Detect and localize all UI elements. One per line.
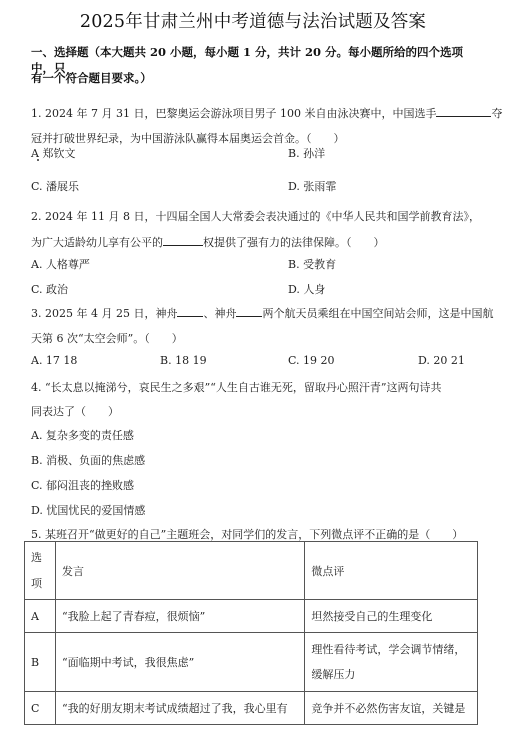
question-1-option-b[interactable]: B. 孙洋 [288, 145, 325, 161]
table-cell-speech: “我脸上起了青春痘，很烦恼” [55, 600, 304, 633]
question-4-option-b[interactable]: B. 消极、负面的焦虑感 [31, 452, 145, 468]
question-1-option-d[interactable]: D. 张雨霏 [288, 178, 336, 194]
stray-dot [37, 159, 39, 161]
table-header-comment: 微点评 [305, 542, 478, 600]
table-row: B “面临期中考试，我很焦虑” 理性看待考试，学会调节情绪， 缓解压力 [25, 633, 478, 692]
question-1-text: 1. 2024 年 7 月 31 日，巴黎奥运会游泳项目男子 100 米自由泳决… [31, 107, 436, 120]
question-3-text-tail: 两个航天员乘组在中国空间站会师，这是中国航 [262, 307, 493, 320]
question-3-line2: 天第 6 次“太空会师”。（ ） [31, 330, 183, 346]
page-title: 2025年甘肃兰州中考道德与法治试题及答案 [0, 8, 506, 33]
header-option-text: 选项 [31, 545, 43, 597]
answer-blank [177, 306, 203, 317]
table-row: A “我脸上起了青春痘，很烦恼” 坦然接受自己的生理变化 [25, 600, 478, 633]
table-cell-comment: 竞争并不必然伤害友谊，关键是 [305, 692, 478, 725]
question-2-option-b[interactable]: B. 受教育 [288, 256, 336, 272]
table-cell-speech: “面临期中考试，我很焦虑” [55, 633, 304, 692]
question-2-line2: 为广大适龄幼儿享有公平的权提供了强有力的法律保障。（ ） [31, 234, 385, 250]
question-2-text-tail: 权提供了强有力的法律保障。（ ） [203, 236, 385, 249]
question-4-option-d[interactable]: D. 忧国忧民的爱国情感 [31, 502, 145, 518]
question-3-option-b[interactable]: B. 18 19 [160, 354, 207, 367]
question-5-line1: 5. 某班召开“做更好的自己”主题班会，对同学们的发言，下列微点评不正确的是（ … [31, 526, 463, 542]
answer-blank [163, 235, 203, 246]
question-2-line1: 2. 2024 年 11 月 8 日，十四届全国人大常委会表决通过的《中华人民共… [31, 208, 480, 224]
question-3-option-a[interactable]: A. 17 18 [31, 354, 77, 367]
table-cell-comment: 坦然接受自己的生理变化 [305, 600, 478, 633]
table-header-option: 选项 [25, 542, 56, 600]
table-row: C “我的好朋友期末考试成绩超过了我，我心里有 竞争并不必然伤害友谊，关键是 [25, 692, 478, 725]
question-5-table: 选项 发言 微点评 A “我脸上起了青春痘，很烦恼” 坦然接受自己的生理变化 B… [24, 541, 478, 725]
comment-line2: 缓解压力 [311, 662, 477, 687]
question-4-option-c[interactable]: C. 郁闷沮丧的挫败感 [31, 477, 134, 493]
question-1-line2: 冠并打破世界纪录，为中国游泳队赢得本届奥运会首金。（ ） [31, 130, 345, 146]
question-4-option-a[interactable]: A. 复杂多变的责任感 [31, 427, 134, 443]
comment-line1: 理性看待考试，学会调节情绪， [311, 637, 477, 662]
question-2-option-a[interactable]: A. 人格尊严 [31, 256, 90, 272]
answer-blank [236, 306, 262, 317]
question-3-line1: 3. 2025 年 4 月 25 日，神舟、神舟两个航天员乘组在中国空间站会师，… [31, 305, 493, 321]
question-3-text: 3. 2025 年 4 月 25 日，神舟 [31, 307, 177, 320]
exam-page: 2025年甘肃兰州中考道德与法治试题及答案 一、选择题（本大题共 20 小题，每… [0, 0, 506, 743]
question-3-option-c[interactable]: C. 19 20 [288, 354, 335, 367]
question-1-line1: 1. 2024 年 7 月 31 日，巴黎奥运会游泳项目男子 100 米自由泳决… [31, 105, 502, 121]
question-1-text-tail: 夺 [491, 107, 502, 120]
table-header-row: 选项 发言 微点评 [25, 542, 478, 600]
table-cell-comment: 理性看待考试，学会调节情绪， 缓解压力 [305, 633, 478, 692]
question-2-option-c[interactable]: C. 政治 [31, 281, 68, 297]
question-1-option-c[interactable]: C. 潘展乐 [31, 178, 79, 194]
table-cell-option: C [25, 692, 56, 725]
answer-blank [436, 106, 491, 117]
table-cell-option: B [25, 633, 56, 692]
table-cell-speech: “我的好朋友期末考试成绩超过了我，我心里有 [55, 692, 304, 725]
question-4-line1: 4. “长太息以掩涕兮，哀民生之多艰”“人生自古谁无死，留取丹心照汗青”这两句诗… [31, 379, 441, 395]
question-2-option-d[interactable]: D. 人身 [288, 281, 325, 297]
section-heading-line2: 有一个符合题目要求。） [31, 70, 481, 86]
question-3-option-d[interactable]: D. 20 21 [418, 354, 465, 367]
table-cell-option: A [25, 600, 56, 633]
question-2-text: 为广大适龄幼儿享有公平的 [31, 236, 163, 249]
question-3-text-mid: 、神舟 [203, 307, 236, 320]
question-4-line2: 同表达了（ ） [31, 403, 119, 419]
table-header-speech: 发言 [55, 542, 304, 600]
